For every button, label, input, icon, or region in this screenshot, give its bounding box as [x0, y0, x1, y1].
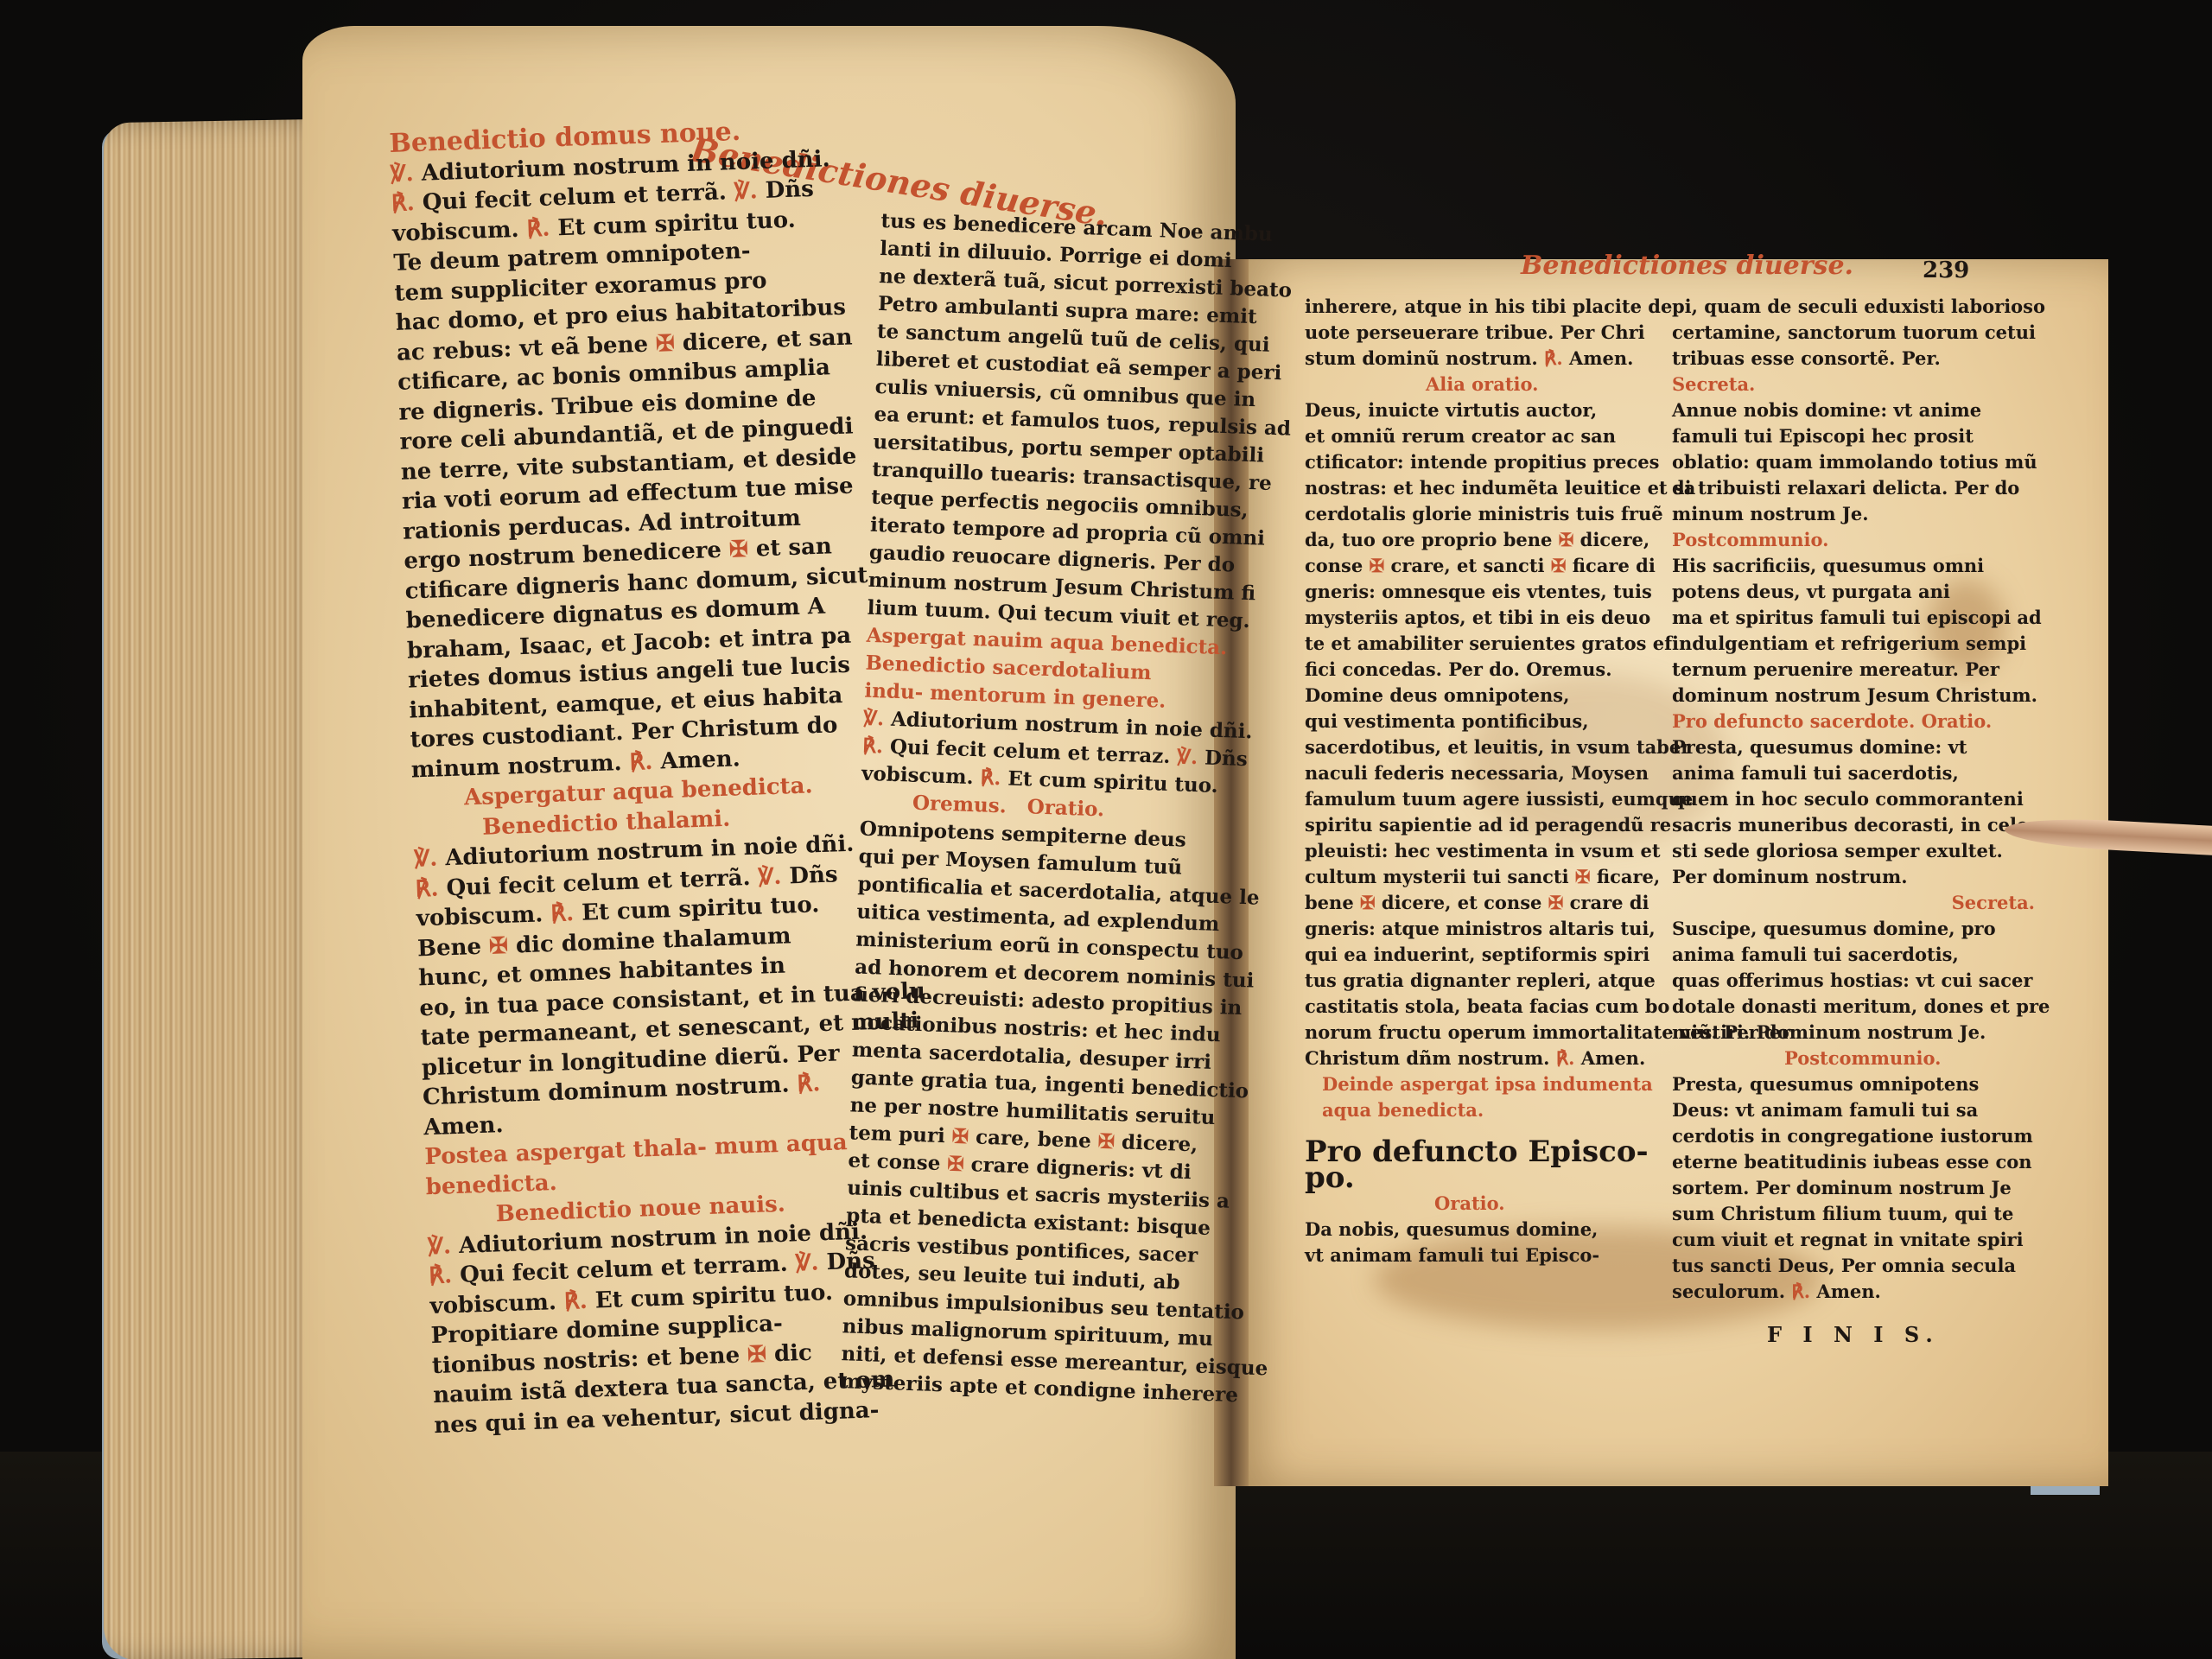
- text-line: mysteriis aptos, et tibi in eis deuo: [1305, 605, 1668, 631]
- text-line: dominum nostrum Jesum Christum.: [1672, 683, 2035, 709]
- text-line: sacris muneribus decorasti, in cele: [1672, 812, 2035, 838]
- text-line: cum viuit et regnat in vnitate spiri: [1672, 1227, 2035, 1253]
- section-heading: Pro defuncto Episco- po.: [1305, 1139, 1668, 1191]
- text-block: His sacrificiis, quesumus omnipotens deu…: [1672, 553, 2035, 709]
- text-line: famulum tuum agere iussisti, eumque: [1305, 786, 1668, 812]
- rubric: Secreta.: [1672, 372, 2035, 397]
- text-block: pi, quam de seculi eduxisti laboriosocer…: [1672, 294, 2035, 372]
- text-line: eterne beatitudinis iubeas esse con: [1672, 1149, 2035, 1175]
- text-line: ctificator: intende propitius preces: [1305, 449, 1668, 475]
- text-line: seculorum. ℟. Amen.: [1672, 1279, 2035, 1305]
- text-line: gneris: atque ministros altaris tui,: [1305, 916, 1668, 942]
- page-block-edge: [104, 119, 328, 1659]
- text-line: stum dominũ nostrum. ℟. Amen.: [1305, 346, 1668, 372]
- text-block: Presta, quesumus domine: vtanima famuli …: [1672, 734, 2035, 890]
- text-line: indulgentiam et refrigerium sempi: [1672, 631, 2035, 657]
- text-line: bene ✠ dicere, et conse ✠ crare di: [1305, 890, 1668, 916]
- text-line: certamine, sanctorum tuorum cetui: [1672, 320, 2035, 346]
- text-line: sortem. Per dominum nostrum Je: [1672, 1175, 2035, 1201]
- text-line: anima famuli tui sacerdotis,: [1672, 760, 2035, 786]
- finis-mark: F I N I S.: [1672, 1322, 2035, 1348]
- text-block: Deus, inuicte virtutis auctor,et omniũ r…: [1305, 397, 1668, 1071]
- text-block: ℣. Adiutorium nostrum in noie dñi.℟. Qui…: [861, 705, 1192, 799]
- text-line: tus gratia dignanter repleri, atque: [1305, 968, 1668, 994]
- text-line: Presta, quesumus domine: vt: [1672, 734, 2035, 760]
- text-line: Domine deus omnipotens,: [1305, 683, 1668, 709]
- text-block: ℣. Adiutorium nostrum in noie dñi.℟. Qui…: [414, 828, 908, 1142]
- text-line: vt animam famuli tui Episco-: [1305, 1243, 1668, 1268]
- right-page-column-2: pi, quam de seculi eduxisti laboriosocer…: [1672, 294, 2035, 1348]
- text-line: miũ. Per dominum nostrum Je.: [1672, 1020, 2035, 1046]
- text-line: tus sancti Deus, Per omnia secula: [1672, 1253, 2035, 1279]
- text-block: Annue nobis domine: vt animefamuli tui E…: [1672, 397, 2035, 527]
- text-line: et omniũ rerum creator ac san: [1305, 423, 1668, 449]
- text-block: Da nobis, quesumus domine,vt animam famu…: [1305, 1217, 1668, 1268]
- text-line: dotale donasti meritum, dones et pre: [1672, 994, 2035, 1020]
- text-line: qui ea induerint, septiformis spiri: [1305, 942, 1668, 968]
- text-line: potens deus, vt purgata ani: [1672, 579, 2035, 605]
- text-block: Omnipotens sempiterne deusqui per Moysen…: [840, 816, 1188, 1408]
- text-line: His sacrificiis, quesumus omni: [1672, 553, 2035, 579]
- text-line: Deus, inuicte virtutis auctor,: [1305, 397, 1668, 423]
- text-line: Presta, quesumus omnipotens: [1672, 1071, 2035, 1097]
- text-line: quem in hoc seculo commoranteni: [1672, 786, 2035, 812]
- text-line: quas offerimus hostias: vt cui sacer: [1672, 968, 2035, 994]
- text-line: sum Christum filium tuum, qui te: [1672, 1201, 2035, 1227]
- text-line: Deus: vt animam famuli tui sa: [1672, 1097, 2035, 1123]
- text-line: Da nobis, quesumus domine,: [1305, 1217, 1668, 1243]
- text-line: minum nostrum Je.: [1672, 501, 2035, 527]
- text-block: tus es benedicere arcam Noe ambulanti in…: [867, 207, 1210, 633]
- text-line: Suscipe, quesumus domine, pro: [1672, 916, 2035, 942]
- text-line: ma et spiritus famuli tui episcopi ad: [1672, 605, 2035, 631]
- running-head-right: Benedictiones diuerse.: [1521, 251, 1853, 281]
- text-line: cerdotalis glorie ministris tuis fruẽ: [1305, 501, 1668, 527]
- text-line: oblatio: quam immolando totius mũ: [1672, 449, 2035, 475]
- text-block: inherere, atque in his tibi placite deuo…: [1305, 294, 1668, 372]
- text-line: gneris: omnesque eis vtentes, tuis: [1305, 579, 1668, 605]
- text-line: sti sede gloriosa semper exultet.: [1672, 838, 2035, 864]
- page-number: 239: [1923, 257, 1969, 283]
- rubric: Deinde aspergat ipsa indumenta aqua bene…: [1305, 1071, 1668, 1123]
- left-page-column-2: tus es benedicere arcam Noe ambulanti in…: [840, 207, 1210, 1407]
- text-line: ternum peruenire mereatur. Per: [1672, 657, 2035, 683]
- text-line: Annue nobis domine: vt anime: [1672, 397, 2035, 423]
- text-line: famuli tui Episcopi hec prosit: [1672, 423, 2035, 449]
- text-line: uote perseuerare tribue. Per Chri: [1305, 320, 1668, 346]
- rubric: Postcommunio.: [1672, 527, 2035, 553]
- text-block: Presta, quesumus omnipotensDeus: vt anim…: [1672, 1071, 2035, 1305]
- text-line: di tribuisti relaxari delicta. Per do: [1672, 475, 2035, 501]
- text-line: cultum mysterii tui sancti ✠ ficare,: [1305, 864, 1668, 890]
- text-line: conse ✠ crare, et sancti ✠ ficare di: [1305, 553, 1668, 579]
- text-block: Suscipe, quesumus domine, proanima famul…: [1672, 916, 2035, 1046]
- text-line: nostras: et hec indumẽta leuitice et sa: [1305, 475, 1668, 501]
- rubric: Oratio.: [1305, 1191, 1668, 1217]
- text-line: cerdotis in congregatione iustorum: [1672, 1123, 2035, 1149]
- text-line: qui vestimenta pontificibus,: [1305, 709, 1668, 734]
- text-line: sacerdotibus, et leuitis, in vsum taber: [1305, 734, 1668, 760]
- left-page-column-1: Benedictio domus noue. ℣. Adiutorium nos…: [389, 112, 918, 1440]
- text-block: ℣. Adiutorium nostrum in noie dñi.℟. Qui…: [390, 143, 895, 785]
- rubric: Pro defuncto sacerdote. Oratio.: [1672, 709, 2035, 734]
- text-line: tribuas esse consortẽ. Per.: [1672, 346, 2035, 372]
- text-line: te et amabiliter seruientes gratos ef: [1305, 631, 1668, 657]
- text-line: naculi federis necessaria, Moysen: [1305, 760, 1668, 786]
- text-line: spiritu sapientie ad id peragendũ re: [1305, 812, 1668, 838]
- text-line: fici concedas. Per do. Oremus.: [1305, 657, 1668, 683]
- rubric: Postcommunio.: [1672, 1046, 2035, 1071]
- text-line: pleuisti: hec vestimenta in vsum et: [1305, 838, 1668, 864]
- text-line: Christum dñm nostrum. ℟. Amen.: [1305, 1046, 1668, 1071]
- right-page-column-1: inherere, atque in his tibi placite deuo…: [1305, 294, 1668, 1268]
- text-line: norum fructu operum immortalitate vestir…: [1305, 1020, 1668, 1046]
- text-line: da, tuo ore proprio bene ✠ dicere,: [1305, 527, 1668, 553]
- text-line: castitatis stola, beata facias cum bo: [1305, 994, 1668, 1020]
- text-line: pi, quam de seculi eduxisti laborioso: [1672, 294, 2035, 320]
- rubric: Secreta.: [1672, 890, 2035, 916]
- text-line: anima famuli tui sacerdotis,: [1672, 942, 2035, 968]
- text-line: inherere, atque in his tibi placite de: [1305, 294, 1668, 320]
- text-line: Per dominum nostrum.: [1672, 864, 2035, 890]
- rubric: Alia oratio.: [1305, 372, 1668, 397]
